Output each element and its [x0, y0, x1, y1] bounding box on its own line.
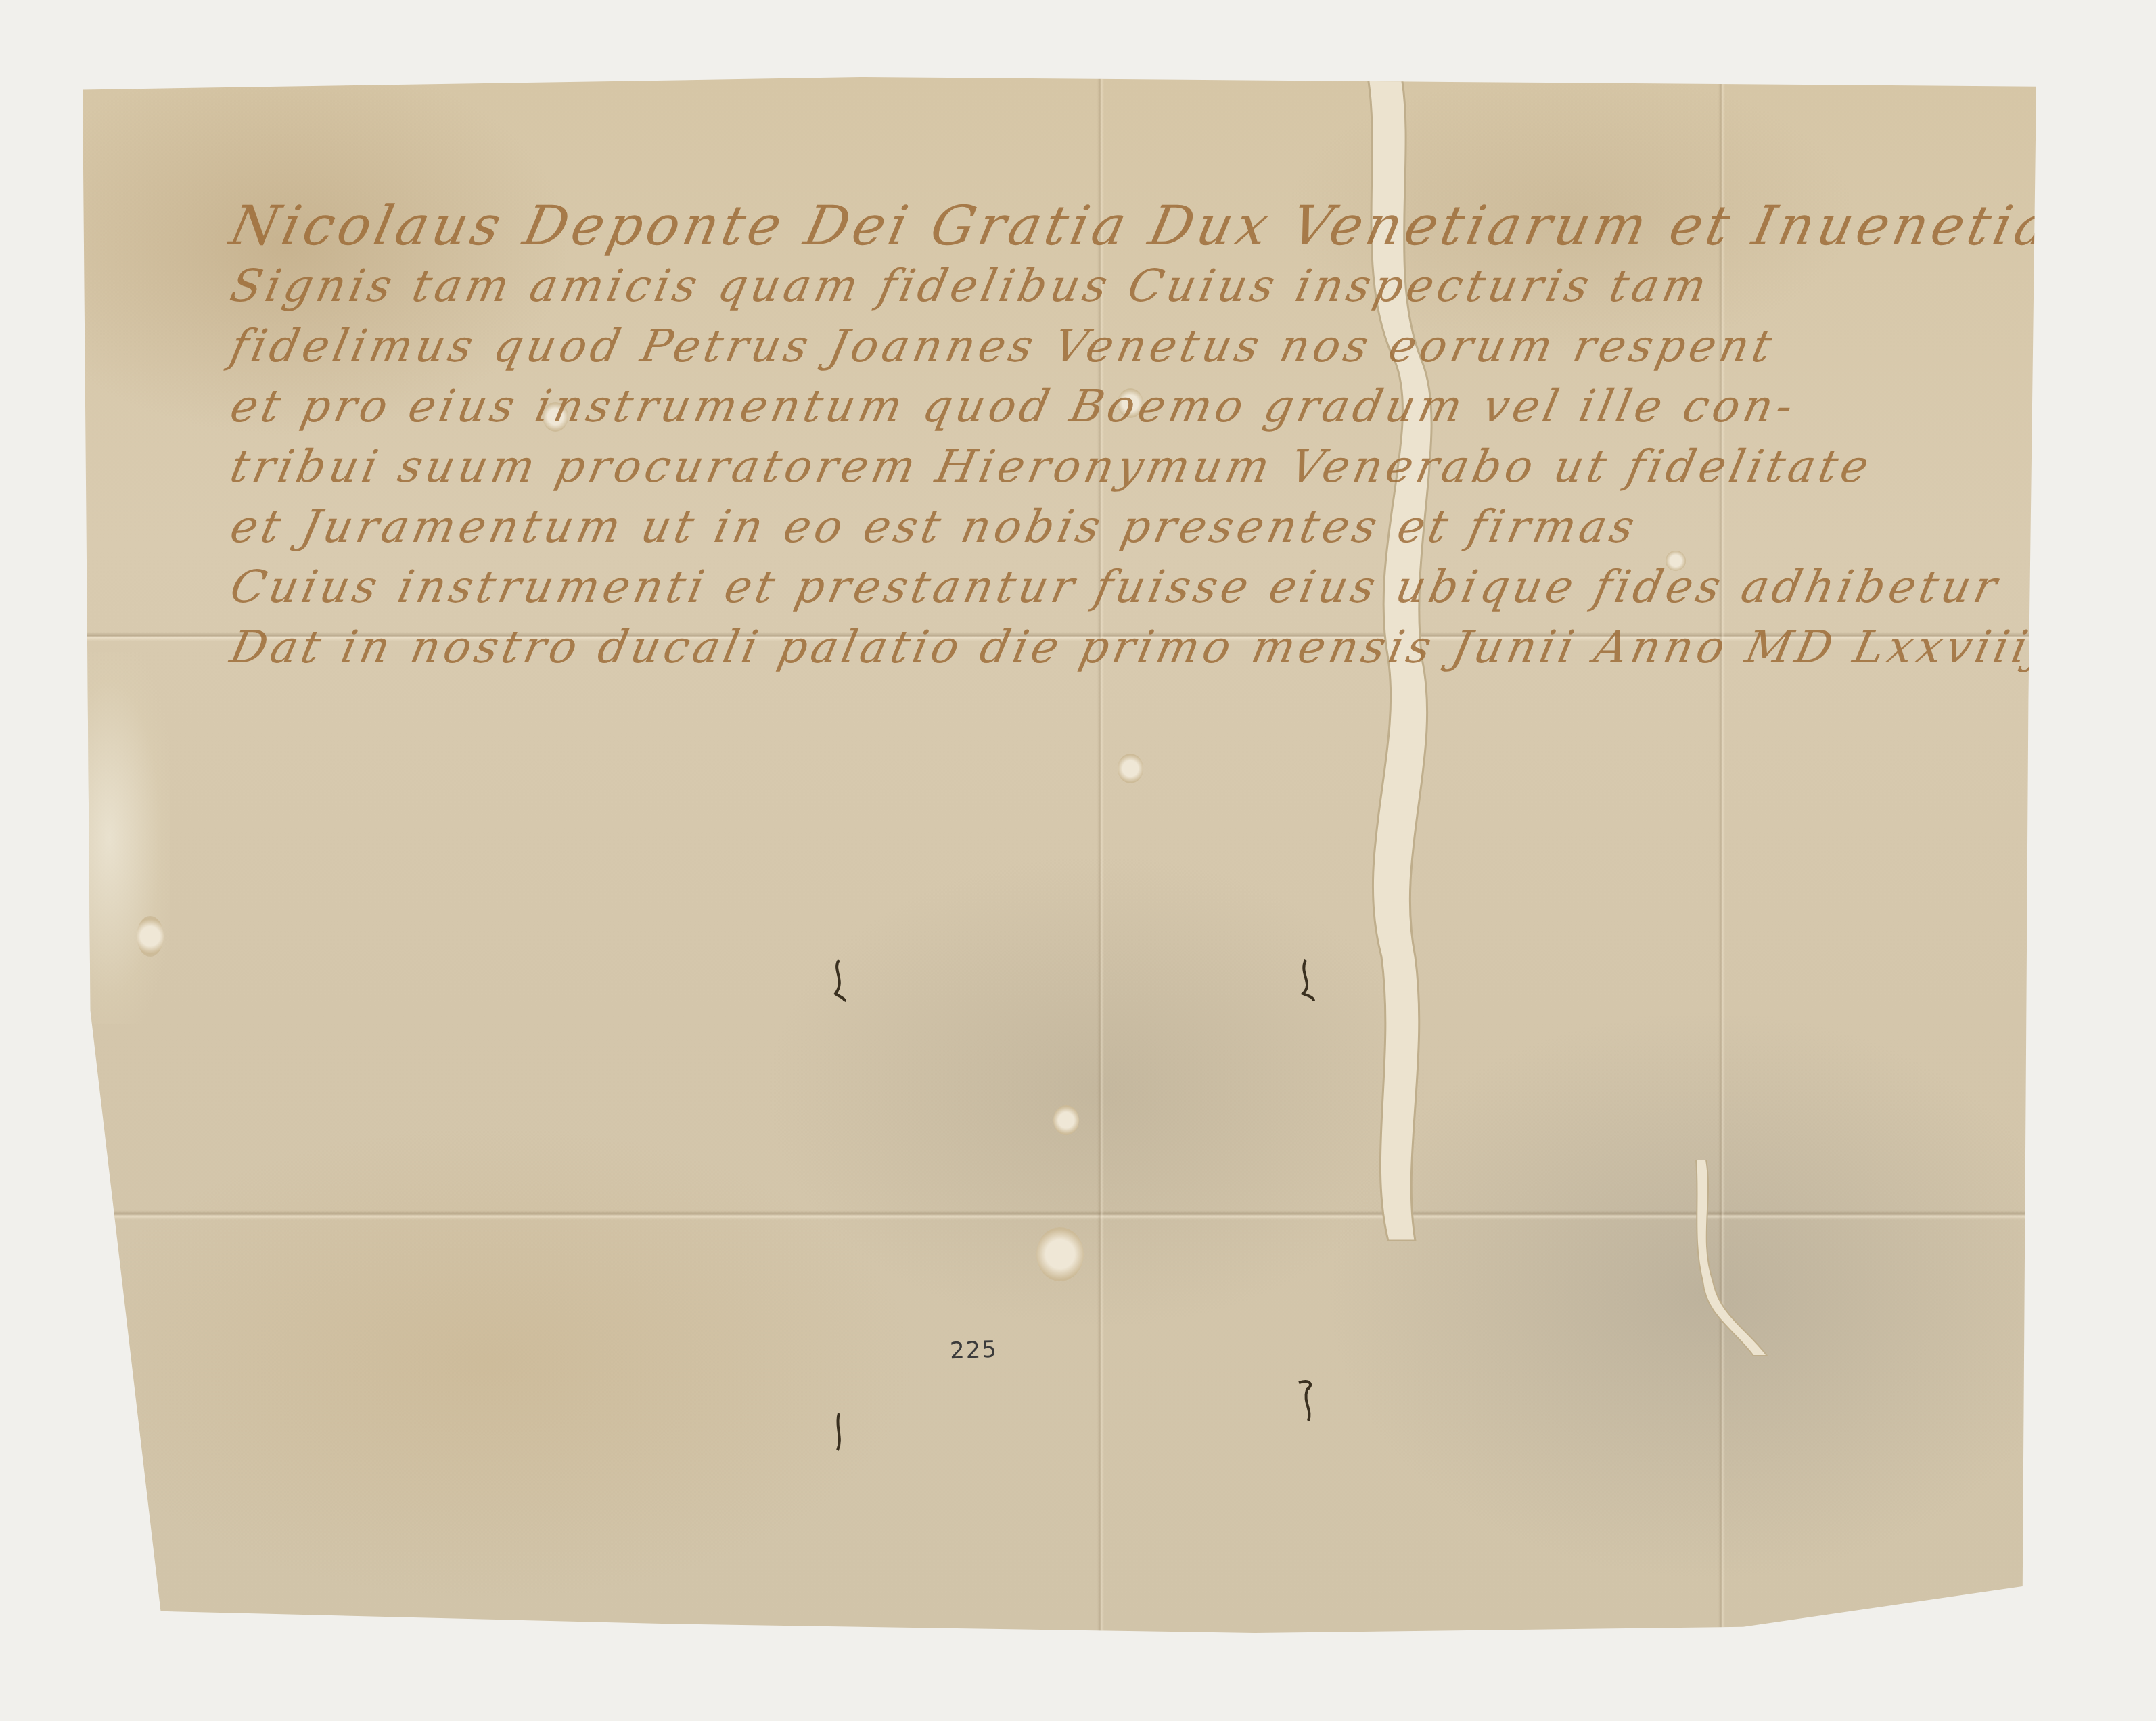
hole — [1118, 754, 1143, 783]
lower-tear — [1693, 1160, 1774, 1356]
hole — [137, 916, 164, 957]
text-line: Dat in nostro ducali palatio die primo m… — [225, 617, 2011, 677]
text-line: et Juramentum ut in eo est nobis present… — [225, 497, 2011, 557]
stitch-mark — [1293, 1376, 1321, 1423]
hole — [1053, 1105, 1079, 1135]
stitch-mark — [1293, 957, 1321, 1004]
parchment-sheet: Nicolaus Deponte Dei Gratia Dux Venetiar… — [83, 77, 2036, 1633]
hole — [1036, 1227, 1084, 1281]
text-line: Signis tam amicis quam fidelibus Cuius i… — [225, 256, 2011, 316]
text-line: Cuius instrumenti et prestantur fuisse e… — [225, 557, 2011, 617]
pencil-shelfmark: 225 — [949, 1336, 998, 1364]
text-line: et pro eius instrumentum quod Boemo grad… — [225, 376, 2011, 436]
text-line: tribui suum procuratorem Hieronymum Vene… — [225, 436, 2011, 497]
stitch-mark — [825, 957, 852, 1004]
water-stain — [83, 652, 170, 1024]
manuscript-text: Nicolaus Deponte Dei Gratia Dux Venetiar… — [231, 196, 2004, 677]
stitch-mark — [825, 1410, 852, 1457]
text-line: Nicolaus Deponte Dei Gratia Dux Venetiar… — [225, 196, 2011, 256]
text-line: fidelimus quod Petrus Joannes Venetus no… — [225, 316, 2011, 376]
